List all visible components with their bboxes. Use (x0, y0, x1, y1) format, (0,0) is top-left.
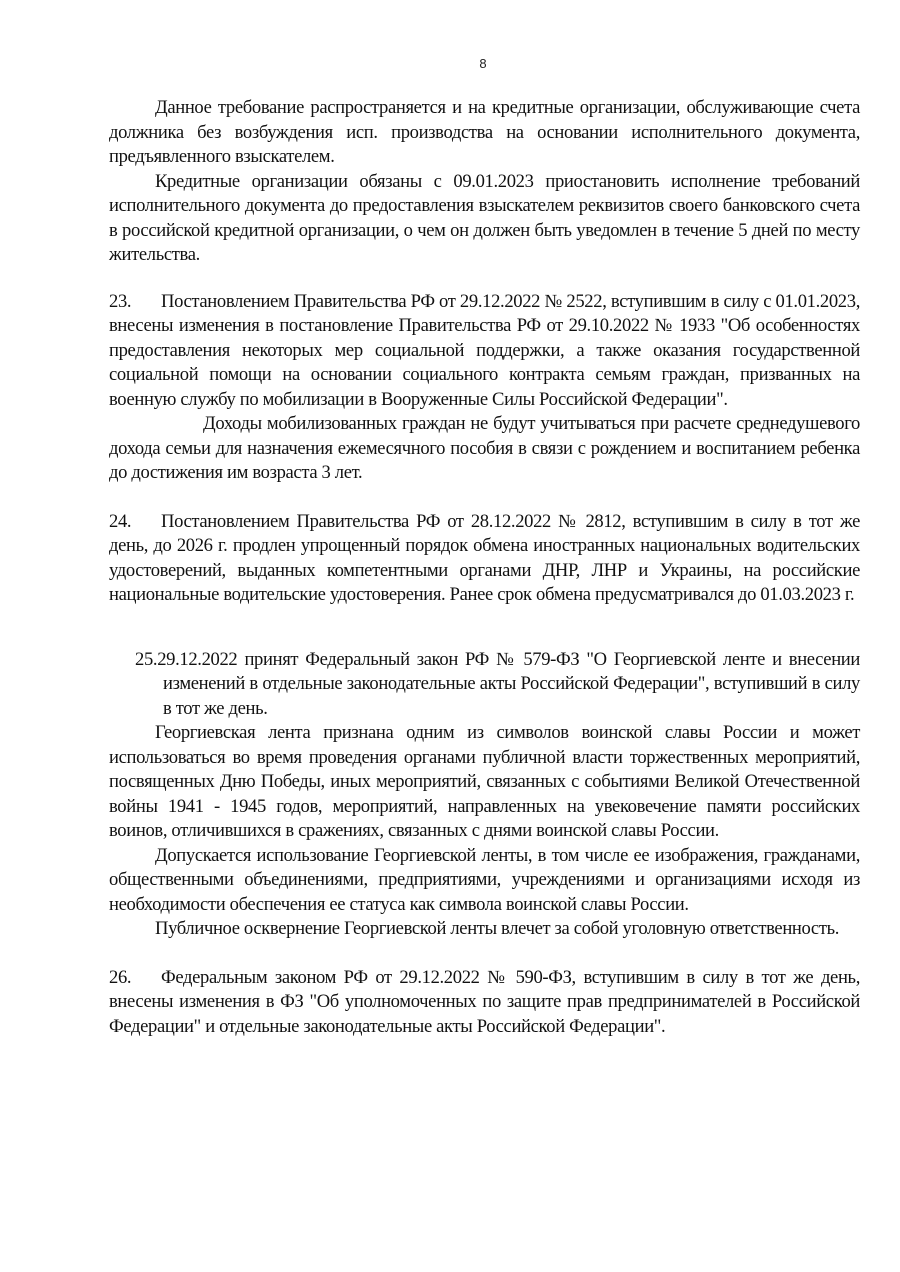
list-item-23: 23.Постановлением Правительства РФ от 29… (109, 290, 860, 413)
item-text: Федеральным законом РФ от 29.12.2022 № 5… (109, 967, 860, 1037)
item-number: 26. (109, 966, 161, 991)
intro-paragraph: Кредитные организации обязаны с 09.01.20… (109, 170, 860, 268)
page-number: 8 (0, 56, 900, 71)
item-paragraph: Доходы мобилизованных граждан не будут у… (109, 412, 860, 486)
item-number: 25. (135, 649, 157, 670)
document-body: Данное требование распространяется и на … (109, 96, 860, 1039)
item-number: 24. (109, 510, 161, 535)
intro-paragraph: Данное требование распространяется и на … (109, 96, 860, 170)
item-number: 23. (109, 290, 161, 315)
list-item-25: 25.29.12.2022 принят Федеральный закон Р… (109, 648, 860, 722)
item-text: Постановлением Правительства РФ от 29.12… (109, 291, 860, 410)
list-item-26: 26.Федеральным законом РФ от 29.12.2022 … (109, 966, 860, 1040)
item-text: Постановлением Правительства РФ от 28.12… (109, 511, 860, 606)
item-paragraph: Георгиевская лента признана одним из сим… (109, 721, 860, 844)
item-paragraph: Публичное осквернение Георгиевской ленты… (109, 917, 860, 942)
item-paragraph: Допускается использование Георгиевской л… (109, 844, 860, 918)
list-item-24: 24.Постановлением Правительства РФ от 28… (109, 510, 860, 608)
item-text: 29.12.2022 принят Федеральный закон РФ №… (157, 649, 860, 719)
